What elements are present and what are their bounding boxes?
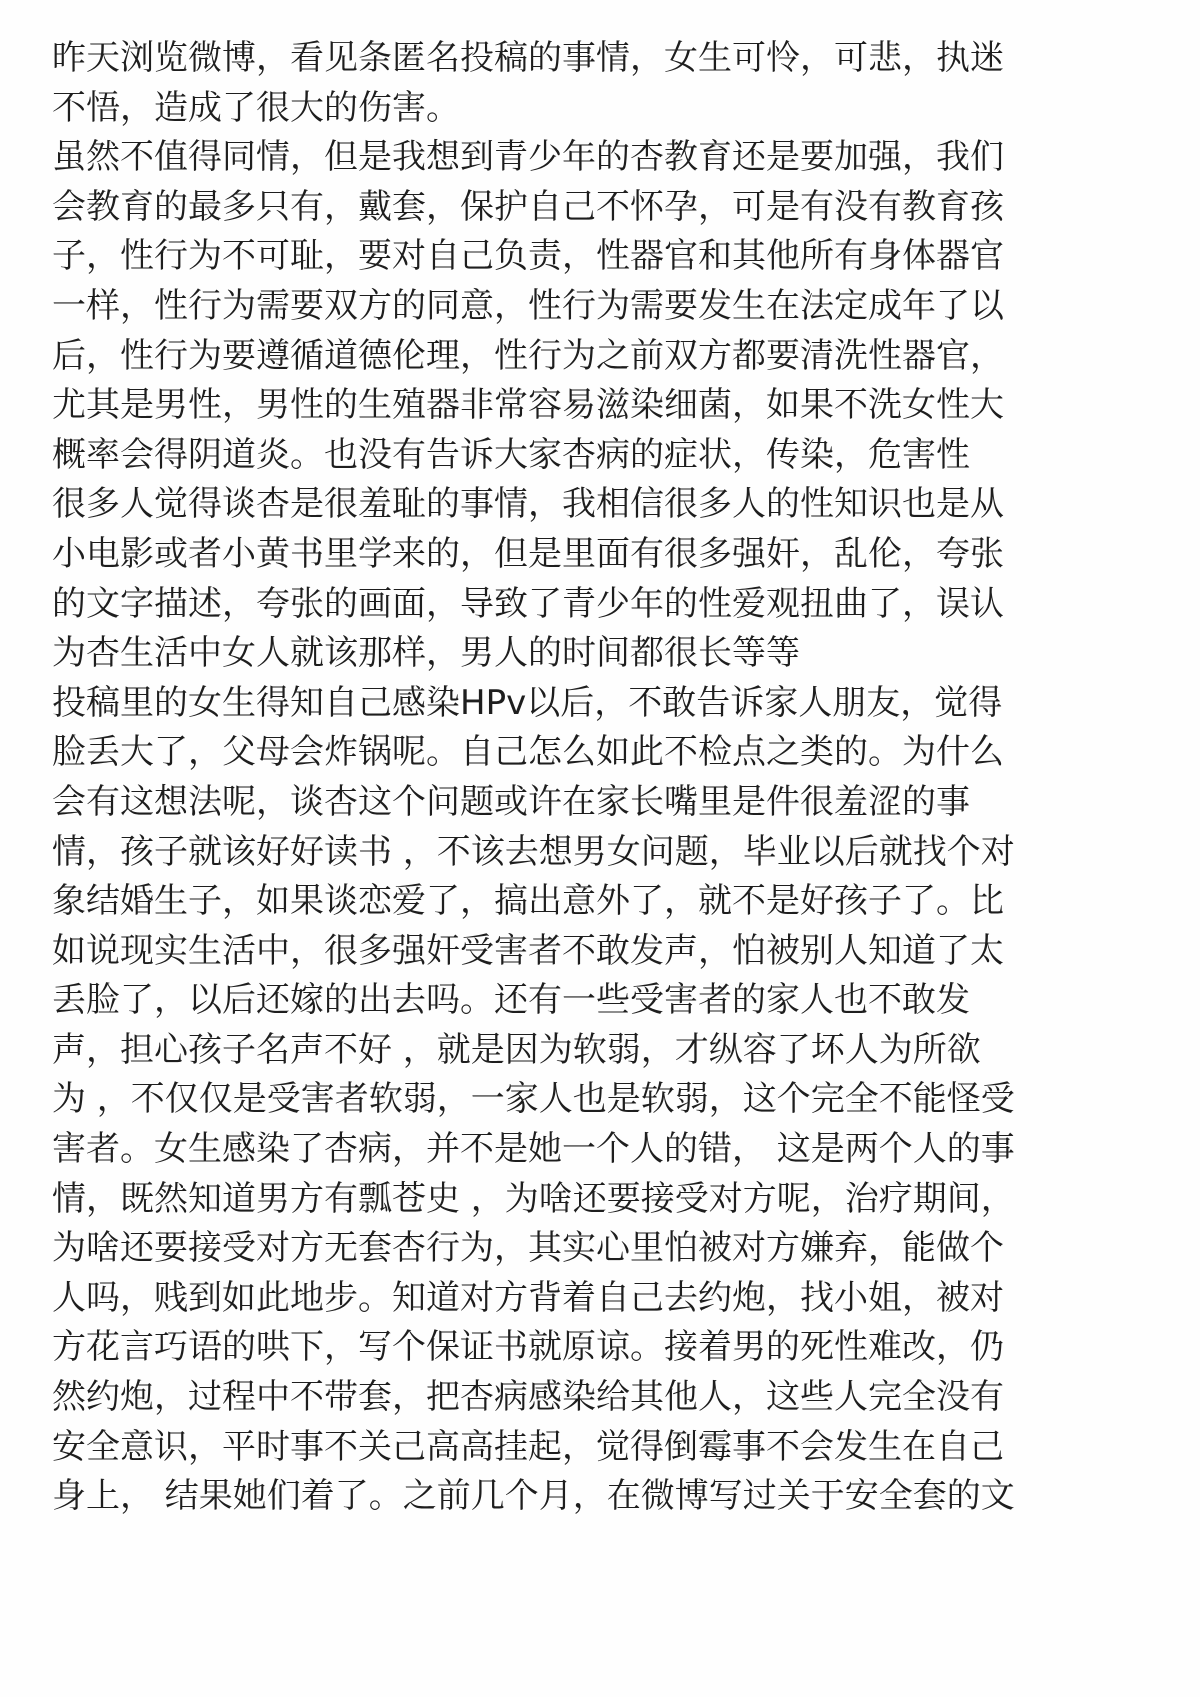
text-line: 后，性行为要遵循道德伦理，性行为之前双方都要清洗性器官，: [52, 332, 1052, 382]
text-line: 虽然不值得同情，但是我想到青少年的杏教育还是要加强，我们: [52, 133, 1052, 183]
text-line: 子，性行为不可耻，要对自己负责，性器官和其他所有身体器官: [52, 232, 1052, 282]
text-line: 为 ，不仅仅是受害者软弱，一家人也是软弱，这个完全不能怪受: [52, 1075, 1052, 1125]
text-line: 投稿里的女生得知自己感染HPv以后，不敢告诉家人朋友，觉得: [52, 679, 1052, 729]
text-line: 方花言巧语的哄下，写个保证书就原谅。接着男的死性难改，仍: [52, 1323, 1052, 1373]
text-line: 昨天浏览微博，看见条匿名投稿的事情，女生可怜，可悲，执迷: [52, 34, 1052, 84]
text-line: 害者。女生感染了杏病，并不是她一个人的错， 这是两个人的事: [52, 1125, 1052, 1175]
text-line: 象结婚生子，如果谈恋爱了，搞出意外了，就不是好孩子了。比: [52, 877, 1052, 927]
text-line: 的文字描述，夸张的画面，导致了青少年的性爱观扭曲了，误认: [52, 580, 1052, 630]
text-line: 为杏生活中女人就该那样，男人的时间都很长等等: [52, 629, 1052, 679]
text-line: 概率会得阴道炎。也没有告诉大家杏病的症状，传染，危害性: [52, 431, 1052, 481]
text-line: 为啥还要接受对方无套杏行为，其实心里怕被对方嫌弃，能做个: [52, 1224, 1052, 1274]
text-line: 声，担心孩子名声不好 ，就是因为软弱，才纵容了坏人为所欲: [52, 1026, 1052, 1076]
text-line: 不悟，造成了很大的伤害。: [52, 84, 1052, 134]
text-line: 一样，性行为需要双方的同意，性行为需要发生在法定成年了以: [52, 282, 1052, 332]
text-line: 会有这想法呢，谈杏这个问题或许在家长嘴里是件很羞涩的事: [52, 778, 1052, 828]
text-line: 很多人觉得谈杏是很羞耻的事情，我相信很多人的性知识也是从: [52, 480, 1052, 530]
text-line: 小电影或者小黄书里学来的，但是里面有很多强奸，乱伦，夸张: [52, 530, 1052, 580]
text-line: 如说现实生活中，很多强奸受害者不敢发声，怕被别人知道了太: [52, 927, 1052, 977]
text-line: 然约炮，过程中不带套，把杏病感染给其他人，这些人完全没有: [52, 1373, 1052, 1423]
text-line: 尤其是男性，男性的生殖器非常容易滋染细菌，如果不洗女性大: [52, 381, 1052, 431]
text-line: 丢脸了，以后还嫁的出去吗。还有一些受害者的家人也不敢发: [52, 976, 1052, 1026]
text-line: 身上， 结果她们着了。之前几个月，在微博写过关于安全套的文: [52, 1472, 1052, 1522]
text-line: 脸丢大了，父母会炸锅呢。自己怎么如此不检点之类的。为什么: [52, 728, 1052, 778]
document-page: 昨天浏览微博，看见条匿名投稿的事情，女生可怜，可悲，执迷 不悟，造成了很大的伤害…: [0, 0, 1200, 1697]
post-body-text: 昨天浏览微博，看见条匿名投稿的事情，女生可怜，可悲，执迷 不悟，造成了很大的伤害…: [52, 34, 1052, 1522]
text-line: 人吗，贱到如此地步。知道对方背着自己去约炮，找小姐，被对: [52, 1274, 1052, 1324]
text-line: 情，孩子就该好好读书 ，不该去想男女问题，毕业以后就找个对: [52, 828, 1052, 878]
text-line: 安全意识，平时事不关己高高挂起，觉得倒霉事不会发生在自己: [52, 1423, 1052, 1473]
text-line: 会教育的最多只有，戴套，保护自己不怀孕，可是有没有教育孩: [52, 183, 1052, 233]
text-line: 情，既然知道男方有瓢苍史 ，为啥还要接受对方呢，治疗期间，: [52, 1175, 1052, 1225]
